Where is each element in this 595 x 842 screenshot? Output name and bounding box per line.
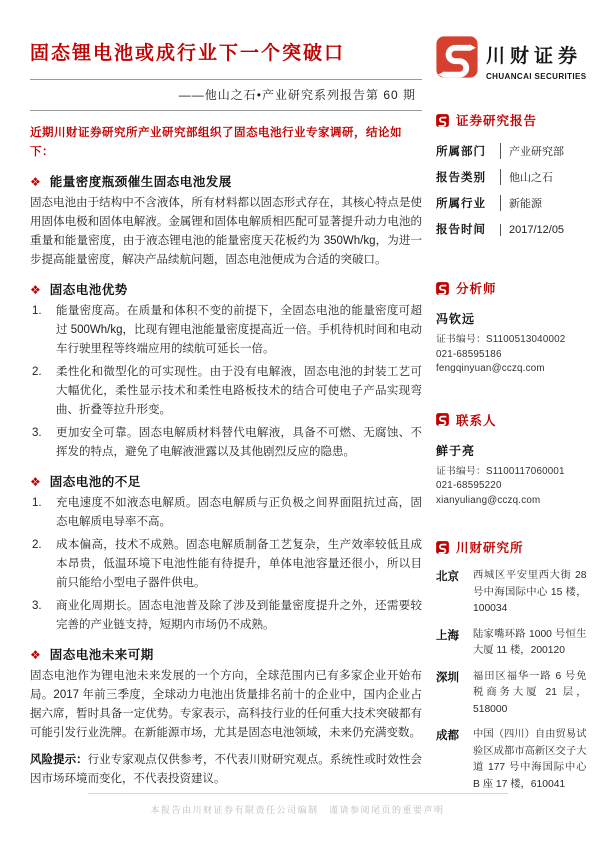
office-address: 陆家嘴环路 1000 号恒生大厦 11 楼，200120 [473, 627, 587, 660]
contact-section-icon [436, 413, 449, 426]
shortcomings-list: 充电速度不如液态电解质。固态电解质与正负极之间界面阻抗过高，固态电解质电导率不高… [30, 494, 422, 635]
list-item: 能量密度高。在质量和体积不变的前提下，全固态电池的能量密度可超过 500Wh/k… [56, 302, 422, 359]
intro-statement: 近期川财证券研究所产业研究部组织了固态电池行业专家调研，结论如下： [30, 124, 422, 162]
report-tag-icon [436, 114, 449, 127]
office-address: 西城区平安里西大街 28 号中海国际中心 15 楼，100034 [473, 568, 587, 618]
analyst-name: 冯钦远 [436, 310, 587, 327]
report-page: 固态锂电池或成行业下一个突破口 ——他山之石•产业研究系列报告第 60 期 近期… [0, 0, 595, 842]
series-subtitle: ——他山之石•产业研究系列报告第 60 期 [30, 80, 422, 110]
list-item: 商业化周期长。固态电池普及除了涉及到能量密度提升之外，还需要较完善的产业链支持，… [56, 597, 422, 635]
contact-phone: 021-68595220 [436, 479, 587, 494]
office-row: 北京 西城区平安里西大街 28 号中海国际中心 15 楼，100034 [436, 568, 587, 618]
logo-name-cn: 川财证券 [486, 41, 587, 68]
advantages-list: 能量密度高。在质量和体积不变的前提下，全固态电池的能量密度可超过 500Wh/k… [30, 302, 422, 462]
contact-cert: 证书编号：S1100117060001 [436, 465, 587, 480]
office-city: 上海 [436, 627, 464, 660]
analyst-email: fengqinyuan@cczq.com [436, 362, 587, 377]
analyst-phone: 021-68595186 [436, 348, 587, 363]
analyst-section-icon [436, 282, 449, 295]
list-item: 充电速度不如液态电解质。固态电解质与正负极之间界面阻抗过高，固态电解质电导率不高… [56, 494, 422, 532]
office-row: 上海 陆家嘴环路 1000 号恒生大厦 11 楼，200120 [436, 627, 587, 660]
institute-section-icon [436, 541, 449, 554]
risk-text: 行业专家观点仅供参考，不代表川财研究观点。系统性或时效性会因市场环境而变化，不代… [30, 754, 422, 785]
list-item: 更加安全可靠。固态电解质材料替代电解液，具备不可燃、无腐蚀、不挥发的特点，避免了… [56, 424, 422, 462]
meta-label: 所属行业 [436, 195, 500, 211]
contact-heading-label: 联系人 [456, 411, 497, 429]
report-meta: 所属部门 产业研究部 报告类别 他山之石 所属行业 新能源 报告时间 2017/… [436, 143, 587, 237]
logo-name-en: CHUANCAI SECURITIES [486, 72, 587, 81]
office-address: 福田区福华一路 6 号免税商务大厦 21 层，518000 [473, 669, 587, 719]
analyst-card: 冯钦远 证书编号：S1100513040002 021-68595186 fen… [436, 310, 587, 377]
analyst-cert: 证书编号：S1100513040002 [436, 333, 587, 348]
chuancai-logo-icon [436, 36, 478, 78]
section-bullet-icon: ❖ [30, 649, 41, 661]
section-title: 固态电池未来可期 [50, 645, 154, 663]
contact-heading: 联系人 [436, 411, 587, 429]
meta-value: 他山之石 [500, 169, 553, 185]
footer-disclaimer: 本报告由川财证券有限责任公司编制 谨请参阅尾页的重要声明 [88, 803, 508, 816]
page-footer: 本报告由川财证券有限责任公司编制 谨请参阅尾页的重要声明 [88, 793, 508, 816]
meta-label: 报告时间 [436, 221, 500, 237]
contact-name: 鲜于亮 [436, 442, 587, 459]
office-address: 中国（四川）自由贸易试验区成都市高新区交子大道 177 号中海国际中心 B 座 … [473, 727, 587, 793]
institute-heading-label: 川财研究所 [456, 538, 524, 556]
sidebar: 川财证券 CHUANCAI SECURITIES 证券研究报告 所属部门 产业研… [422, 34, 587, 802]
analyst-heading: 分析师 [436, 279, 587, 297]
office-city: 北京 [436, 568, 464, 618]
section-heading-advantages: ❖ 固态电池优势 [30, 280, 422, 298]
paragraph: 固态电池作为锂电池未来发展的一个方向，全球范围内已有多家企业开始布局。2017 … [30, 667, 422, 743]
meta-value: 新能源 [500, 195, 542, 211]
report-tag-label: 证券研究报告 [456, 111, 537, 129]
section-heading-density: ❖ 能量密度瓶颈催生固态电池发展 [30, 172, 422, 190]
section-bullet-icon: ❖ [30, 476, 41, 488]
meta-row: 报告时间 2017/12/05 [436, 221, 587, 237]
section-title: 能量密度瓶颈催生固态电池发展 [50, 172, 232, 190]
list-item: 成本偏高，技术不成熟。固态电解质制备工艺复杂，生产效率较低且成本昂贵，低温环境下… [56, 536, 422, 593]
subtitle-divider [30, 110, 422, 111]
office-row: 深圳 福田区福华一路 6 号免税商务大厦 21 层，518000 [436, 669, 587, 719]
content-columns: 固态锂电池或成行业下一个突破口 ——他山之石•产业研究系列报告第 60 期 近期… [30, 34, 575, 802]
section-heading-outlook: ❖ 固态电池未来可期 [30, 645, 422, 663]
office-city: 成都 [436, 727, 464, 793]
risk-note: 风险提示：行业专家观点仅供参考，不代表川财研究观点。系统性或时效性会因市场环境而… [30, 751, 422, 789]
meta-row: 报告类别 他山之石 [436, 169, 587, 185]
office-list: 北京 西城区平安里西大街 28 号中海国际中心 15 楼，100034 上海 陆… [436, 568, 587, 793]
section-title: 固态电池的不足 [50, 472, 141, 490]
contact-email: xianyuliang@cczq.com [436, 494, 587, 509]
contact-card: 鲜于亮 证书编号：S1100117060001 021-68595220 xia… [436, 442, 587, 509]
office-row: 成都 中国（四川）自由贸易试验区成都市高新区交子大道 177 号中海国际中心 B… [436, 727, 587, 793]
meta-row: 所属行业 新能源 [436, 195, 587, 211]
meta-label: 报告类别 [436, 169, 500, 185]
analyst-heading-label: 分析师 [456, 279, 497, 297]
section-bullet-icon: ❖ [30, 284, 41, 296]
meta-value: 产业研究部 [500, 143, 564, 159]
section-heading-shortcomings: ❖ 固态电池的不足 [30, 472, 422, 490]
office-city: 深圳 [436, 669, 464, 719]
paragraph: 固态电池由于结构中不含液体，所有材料都以固态形式存在，其核心特点是使用固体电极和… [30, 194, 422, 270]
report-tag-heading: 证券研究报告 [436, 111, 587, 129]
report-title: 固态锂电池或成行业下一个突破口 [30, 38, 422, 65]
institute-heading: 川财研究所 [436, 538, 587, 556]
section-bullet-icon: ❖ [30, 176, 41, 188]
meta-row: 所属部门 产业研究部 [436, 143, 587, 159]
risk-label: 风险提示： [30, 754, 88, 766]
chuancai-logo: 川财证券 CHUANCAI SECURITIES [436, 36, 587, 81]
list-item: 柔性化和微型化的可实现性。由于没有电解液，固态电池的封装工艺可大幅优化，柔性显示… [56, 363, 422, 420]
section-title: 固态电池优势 [50, 280, 128, 298]
logo-text: 川财证券 CHUANCAI SECURITIES [486, 36, 587, 81]
meta-label: 所属部门 [436, 143, 500, 159]
main-column: 固态锂电池或成行业下一个突破口 ——他山之石•产业研究系列报告第 60 期 近期… [30, 34, 422, 802]
meta-value: 2017/12/05 [500, 224, 564, 236]
